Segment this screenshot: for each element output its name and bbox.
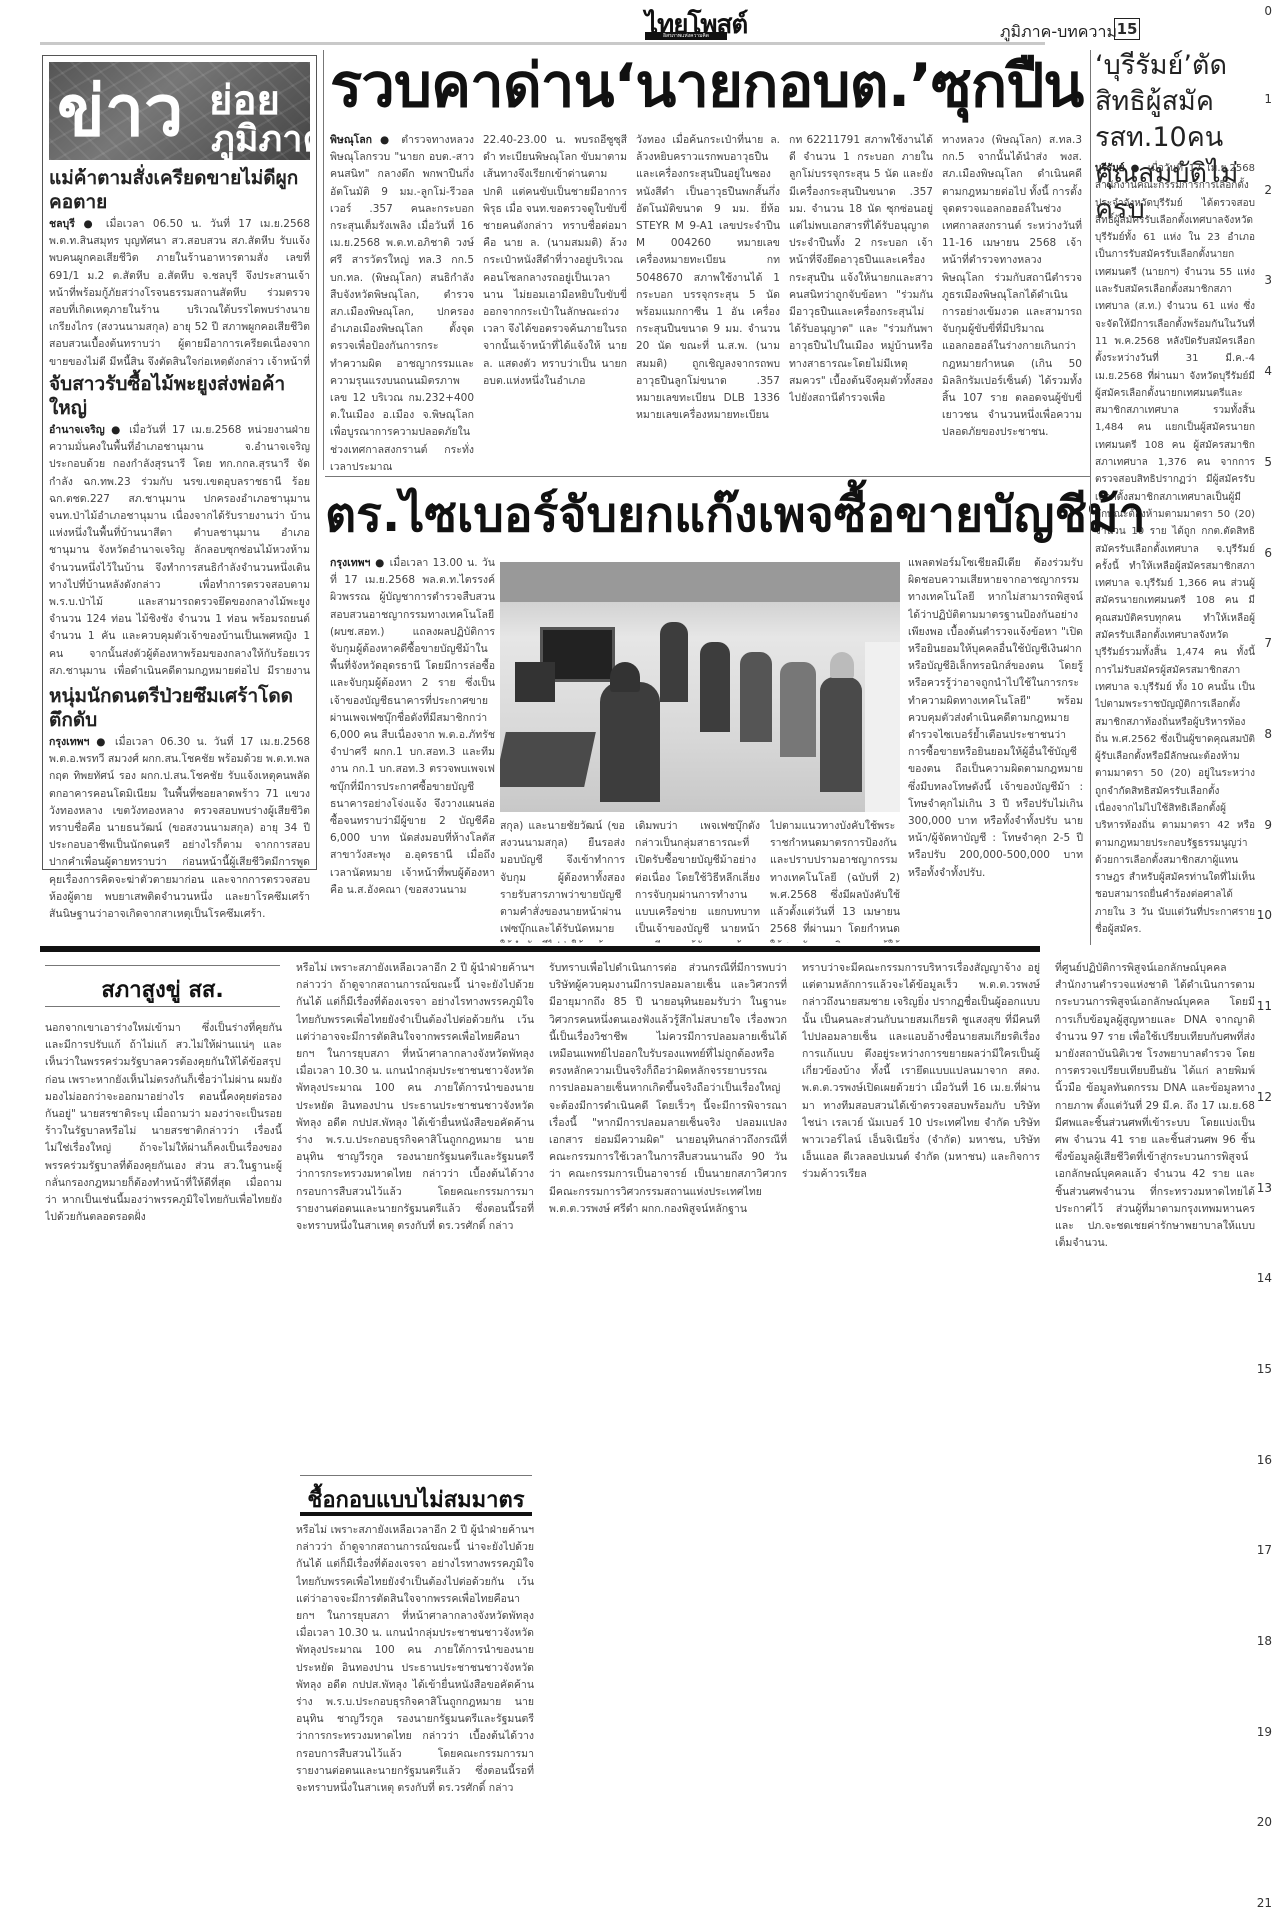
margin-number: 12 <box>1257 1090 1272 1104</box>
editorial-column-2: หรือไม่ เพราะสภายังเหลือเวลาอีก 2 ปี ผู้… <box>296 960 534 1460</box>
brief-body: อำนาจเจริญ ● เมื่อวันที่ 17 เม.ย.2568 หน… <box>49 422 310 678</box>
header-rule <box>40 42 1045 45</box>
margin-number: 3 <box>1264 273 1272 287</box>
margin-number: 14 <box>1257 1271 1272 1285</box>
brief-text: เมื่อวันที่ 17 เม.ย.2568 หน่วยงานฝ่ายควา… <box>49 424 310 678</box>
margin-number: 20 <box>1257 1815 1272 1829</box>
banner-word-region: ภูมิภาค <box>211 110 310 160</box>
cyber-headline: ตร.ไซเบอร์จับยกแก๊งเพจซื้อขายบัญชีม้า <box>325 480 1146 550</box>
news-briefs-banner: ข่าว ย่อย ภูมิภาค <box>49 62 310 160</box>
brief-body: ชลบุรี ● เมื่อเวลา 06.50 น. วันที่ 17 เม… <box>49 216 310 366</box>
brief-headline: จับสาวรับซื้อไม้พะยูงส่งพ่อค้าใหญ่ <box>49 372 310 420</box>
column-text: ตำรวจทางหลวงพิษณุโลกรวบ "นายก อบต.-สาวคน… <box>330 134 474 472</box>
editorial-section-title: สภาสูงขู่ สส. <box>45 972 280 1007</box>
cyber-caption-col-2: เดิมพบว่า เพจเฟซบุ๊กดังกล่าวเป็นกลุ่มสาธ… <box>635 818 760 943</box>
lead-column-4: กท 62211791 สภาพใช้งานได้ดี จำนวน 1 กระบ… <box>789 132 933 472</box>
cyber-lead-column: กรุงเทพฯ ● เมื่อเวลา 13.00 น. วันที่ 17 … <box>330 555 495 935</box>
brief-headline: แม่ค้าตามสั่งเครียดขายไม่ดีผูกคอตาย <box>49 166 310 214</box>
section-name: ภูมิภาค-บทความ <box>1000 20 1117 45</box>
margin-number: 7 <box>1264 636 1272 650</box>
dateline: อำนาจเจริญ ● <box>49 424 123 436</box>
margin-number: 4 <box>1264 364 1272 378</box>
lead-column-1: พิษณุโลก ● ตำรวจทางหลวงพิษณุโลกรวบ "นายก… <box>330 132 474 472</box>
margin-number: 1 <box>1264 92 1272 106</box>
brief-body: กรุงเทพฯ ● เมื่อเวลา 06.30 น. วันที่ 17 … <box>49 734 310 940</box>
margin-number: 8 <box>1264 727 1272 741</box>
margin-number: 19 <box>1257 1725 1272 1739</box>
editorial-column-3: รับทราบเพื่อไปดำเนินการต่อ ส่วนกรณีที่มี… <box>549 960 787 1900</box>
margin-number: 6 <box>1264 546 1272 560</box>
editorial-column-2b: หรือไม่ เพราะสภายังเหลือเวลาอีก 2 ปี ผู้… <box>296 1522 534 1902</box>
dateline: บุรีรัมย์ ● <box>1095 163 1142 174</box>
arrest-photo <box>500 562 900 812</box>
lead-headline: รวบคาด่าน‘นายกอบต.’ซุกปืน <box>330 46 1083 126</box>
margin-number: 16 <box>1257 1453 1272 1467</box>
margin-number: 5 <box>1264 455 1272 469</box>
newspaper-tagline: อิสรภาพแห่งความคิด <box>645 32 727 40</box>
subhead-rule <box>300 1512 532 1516</box>
brief-headline: หนุ่มนักดนตรีป่วยซึมเศร้าโดดตึกดับ <box>49 684 310 732</box>
margin-number: 0 <box>1264 4 1272 18</box>
dateline: ชลบุรี ● <box>49 218 98 230</box>
dateline: กรุงเทพฯ ● <box>49 736 109 748</box>
margin-number: 17 <box>1257 1543 1272 1557</box>
margin-number: 15 <box>1257 1362 1272 1376</box>
cyber-right-column: แพลตฟอร์มโซเชียลมีเดีย ต้องร่วมรับผิดชอบ… <box>908 555 1083 940</box>
column-text: เมื่อเวลา 13.00 น. วันที่ 17 เม.ย.2568 พ… <box>330 557 495 896</box>
editorial-column-5: ที่ศูนย์ปฏิบัติการพิสูจน์เอกลักษณ์บุคคล … <box>1055 960 1255 1900</box>
margin-number: 13 <box>1257 1181 1272 1195</box>
brief-text: เมื่อเวลา 06.50 น. วันที่ 17 เม.ย.2568 พ… <box>49 218 310 366</box>
margin-number: 11 <box>1257 999 1272 1013</box>
brief-item: หนุ่มนักดนตรีป่วยซึมเศร้าโดดตึกดับ กรุงเ… <box>49 684 310 940</box>
margin-number: 2 <box>1264 183 1272 197</box>
brief-item: แม่ค้าตามสั่งเครียดขายไม่ดีผูกคอตาย ชลบุ… <box>49 166 310 366</box>
banner-word-news: ข่าว <box>57 62 183 160</box>
dateline: กรุงเทพฯ ● <box>330 557 385 569</box>
lead-column-5: ทางหลวง (พิษณุโลก) ส.ทล.3 กก.5 จากนั้นได… <box>942 132 1082 472</box>
brief-text: เมื่อเวลา 06.30 น. วันที่ 17 เม.ย.2568 พ… <box>49 736 310 920</box>
brief-item: จับสาวรับซื้อไม้พะยูงส่งพ่อค้าใหญ่ อำนาจ… <box>49 372 310 678</box>
margin-number: 18 <box>1257 1634 1272 1648</box>
margin-number: 10 <box>1257 908 1272 922</box>
cyber-caption-col-1: สกุล) และนายชัยวัฒน์ (ขอสงวนนามสกุล) ยืน… <box>500 818 625 943</box>
dateline: พิษณุโลก ● <box>330 134 394 146</box>
margin-number: 9 <box>1264 818 1272 832</box>
editorial-column-1: นอกจากเขาเอาร่างใหม่เข้ามา ซึ่งเป็นร่างท… <box>45 1020 282 1900</box>
lead-column-3: วังทอง เมื่อค้นกระเป๋าที่นาย ล. ล้วงหยิบ… <box>636 132 780 472</box>
lead-column-2: 22.40-23.00 น. พบรถอีซูซุสีดำ ทะเบียนพิษ… <box>483 132 627 472</box>
margin-number: 21 <box>1257 1896 1272 1910</box>
page-number: 15 <box>1114 18 1140 40</box>
news-briefs-box: ข่าว ย่อย ภูมิภาค แม่ค้าตามสั่งเครียดขาย… <box>42 55 317 870</box>
cyber-caption-col-3: ไปตามแนวทางบังคับใช้พระราชกำหนดมาตรการป้… <box>770 818 900 943</box>
section-divider <box>40 946 1040 952</box>
editorial-column-4: ทราบว่าจะมีคณะกรรมการบริหารเรื่องสัญญาจ้… <box>802 960 1040 1900</box>
